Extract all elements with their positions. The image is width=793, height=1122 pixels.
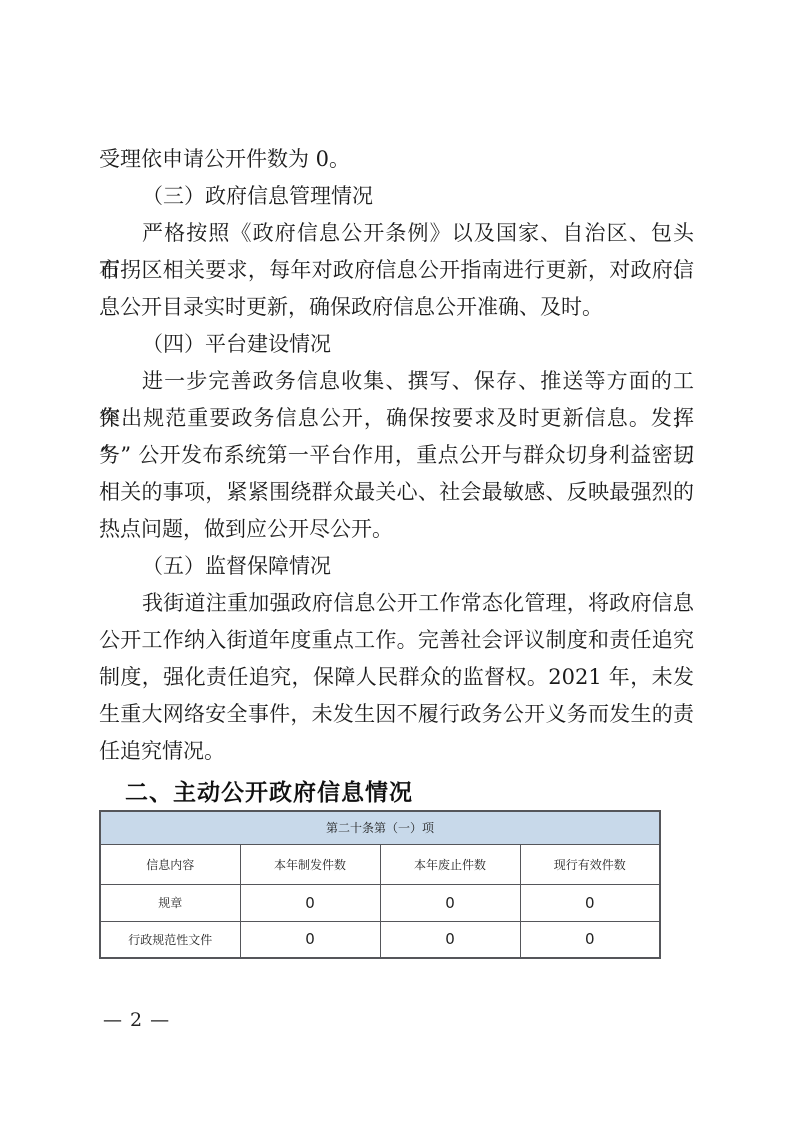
text-line: 进一步完善政务信息收集、撰写、保存、推送等方面的工作； — [99, 363, 694, 400]
column-header-info-content: 信息内容 — [100, 844, 240, 884]
text-line: 任追究情况。 — [99, 733, 694, 770]
text-line: （三）政府信息管理情况 — [99, 178, 694, 215]
text-line: （五）监督保障情况 — [99, 548, 694, 585]
text-line: （四）平台建设情况 — [99, 326, 694, 363]
text-line: 制度，强化责任追究，保障人民群众的监督权。2021 年，未发 — [99, 659, 694, 696]
cell-value: 0 — [240, 921, 380, 958]
text-line: 我街道注重加强政府信息公开工作常态化管理，将政府信息 — [99, 585, 694, 622]
table-title: 第二十条第（一）项 — [100, 811, 660, 844]
section-heading: 二、主动公开政府信息情况 — [125, 774, 413, 807]
text-line: 公开工作纳入街道年度重点工作。完善社会评议制度和责任追究 — [99, 622, 694, 659]
document-body: 受理依申请公开件数为 0。 （三）政府信息管理情况 严格按照《政府信息公开条例》… — [99, 141, 694, 770]
text-line: 严格按照《政府信息公开条例》以及国家、自治区、包头市、 — [99, 215, 694, 252]
text-line: 生重大网络安全事件，未发生因不履行政务公开义务而发生的责 — [99, 696, 694, 733]
document-page: 受理依申请公开件数为 0。 （三）政府信息管理情况 严格按照《政府信息公开条例》… — [0, 0, 793, 1122]
text-line: 息公开目录实时更新，确保政府信息公开准确、及时。 — [99, 289, 694, 326]
row-label: 规章 — [100, 884, 240, 921]
column-header-issued-count: 本年制发件数 — [240, 844, 380, 884]
table-row: 行政规范性文件 0 0 0 — [100, 921, 660, 958]
text-line: 受理依申请公开件数为 0。 — [99, 141, 694, 178]
text-line: 突出规范重要政务信息公开，确保按要求及时更新信息。发挥“三 — [99, 400, 694, 437]
column-header-valid-count: 现行有效件数 — [520, 844, 660, 884]
row-label: 行政规范性文件 — [100, 921, 240, 958]
text-line: 相关的事项，紧紧围绕群众最关心、社会最敏感、反映最强烈的 — [99, 474, 694, 511]
table-title-row: 第二十条第（一）项 — [100, 811, 660, 844]
cell-value: 0 — [520, 884, 660, 921]
cell-value: 0 — [240, 884, 380, 921]
table-row: 规章 0 0 0 — [100, 884, 660, 921]
cell-value: 0 — [380, 884, 520, 921]
table-header-row: 信息内容 本年制发件数 本年废止件数 现行有效件数 — [100, 844, 660, 884]
info-disclosure-table: 第二十条第（一）项 信息内容 本年制发件数 本年废止件数 现行有效件数 规章 0… — [99, 810, 661, 959]
column-header-repealed-count: 本年废止件数 — [380, 844, 520, 884]
cell-value: 0 — [380, 921, 520, 958]
cell-value: 0 — [520, 921, 660, 958]
page-number: — 2 — — [103, 1009, 170, 1031]
text-line: 热点问题，做到应公开尽公开。 — [99, 511, 694, 548]
text-line: 务” 公开发布系统第一平台作用，重点公开与群众切身利益密切 — [99, 437, 694, 474]
text-line: 石拐区相关要求，每年对政府信息公开指南进行更新，对政府信 — [99, 252, 694, 289]
